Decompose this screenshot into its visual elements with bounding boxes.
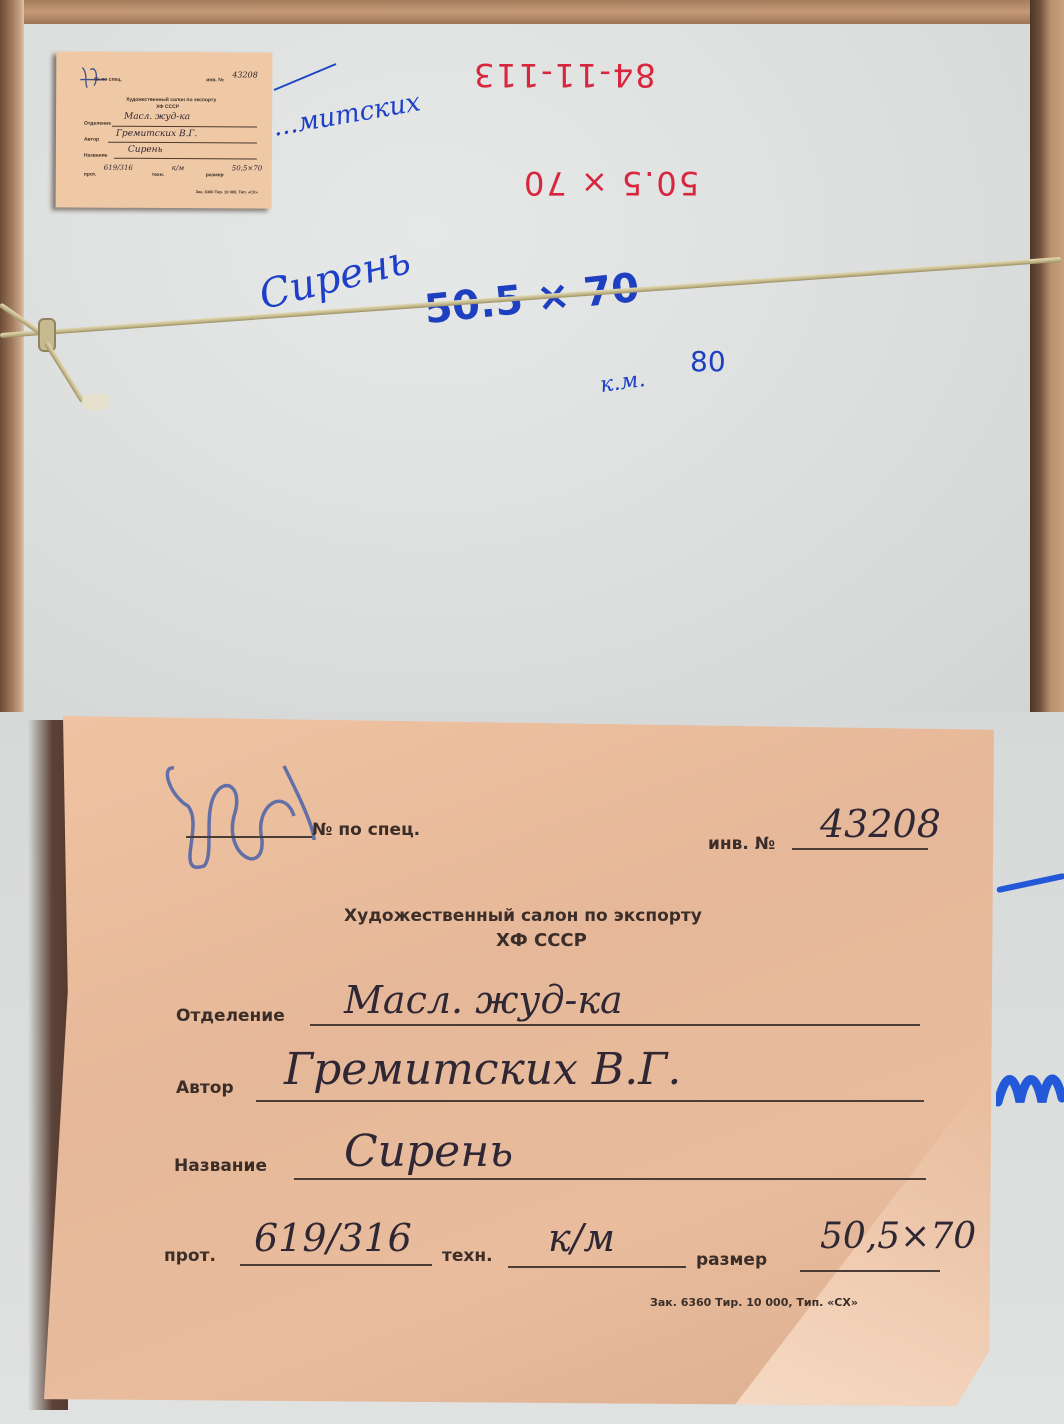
protocol-line bbox=[240, 1264, 432, 1266]
signature-scribble-icon bbox=[154, 756, 324, 906]
spec-number-line bbox=[186, 836, 312, 838]
thumb-spec-label: № по спец. bbox=[94, 77, 122, 83]
stretcher-bar-left bbox=[0, 0, 24, 712]
inventory-number-value: 43208 bbox=[820, 802, 941, 846]
red-size-note: 50.5 × 70 bbox=[522, 164, 699, 202]
protocol-value: 619/316 bbox=[254, 1216, 412, 1260]
ink-stroke-icon bbox=[270, 60, 340, 95]
printer-footer: Зак. 6360 Тир. 10 000, Тип. «СХ» bbox=[650, 1296, 858, 1309]
thumb-inv-value: 43208 bbox=[232, 70, 257, 79]
protocol-label: прот. bbox=[164, 1246, 216, 1266]
label-header-line2: ХФ СССР bbox=[496, 930, 587, 951]
spec-number-label: № по спец. bbox=[312, 820, 420, 840]
author-value: Гремитских В.Г. bbox=[284, 1044, 681, 1095]
department-value: Масл. жуд-ка bbox=[344, 978, 623, 1022]
thumb-technique-label: техн. bbox=[152, 172, 164, 178]
thumb-header-1: Художественный салон по экспорту bbox=[126, 97, 216, 103]
label-closeup-photo: № по спец. инв. № 43208 Художественный с… bbox=[0, 712, 1064, 1424]
thumb-field-label-0: Отделение bbox=[84, 121, 111, 127]
thumb-technique-value: к/м bbox=[172, 164, 184, 172]
technique-line bbox=[508, 1266, 686, 1268]
author-label: Автор bbox=[176, 1078, 234, 1098]
title-label: Название bbox=[174, 1156, 267, 1176]
department-label: Отделение bbox=[176, 1006, 285, 1026]
thumb-protocol-value: 619/316 bbox=[104, 164, 133, 172]
red-inventory-code: 84-11-113 bbox=[472, 56, 656, 94]
thumb-field-label-2: Название bbox=[84, 153, 108, 159]
blue-ink-letter-edge-icon bbox=[996, 1062, 1064, 1122]
size-line bbox=[800, 1270, 940, 1272]
size-label: размер bbox=[696, 1250, 767, 1270]
inventory-number-line bbox=[792, 848, 928, 850]
cord-frayed-end bbox=[82, 394, 110, 410]
thumb-header-2: ХФ СССР bbox=[156, 104, 179, 110]
stretcher-bar-right bbox=[1030, 0, 1064, 712]
title-value: Сирень bbox=[344, 1126, 513, 1177]
department-line bbox=[310, 1024, 920, 1026]
technique-value: к/м bbox=[548, 1216, 615, 1260]
thumb-field-value-1: Гремитских В.Г. bbox=[116, 129, 197, 139]
thumb-field-value-2: Сирень bbox=[128, 145, 163, 155]
price-handwritten: 80 bbox=[690, 345, 726, 378]
export-label-thumbnail: № по спец. инв. № 43208 Художественный с… bbox=[56, 51, 273, 208]
thumb-size-label: размер bbox=[206, 172, 224, 178]
size-value: 50,5×70 bbox=[820, 1216, 976, 1257]
export-label: № по спец. инв. № 43208 Художественный с… bbox=[44, 716, 994, 1406]
label-header-line1: Художественный салон по экспорту bbox=[344, 906, 702, 926]
inventory-number-label: инв. № bbox=[708, 834, 775, 854]
thumb-protocol-label: прот. bbox=[84, 172, 96, 178]
blue-ink-stroke-edge bbox=[996, 873, 1064, 893]
thumb-inv-label: инв. № bbox=[206, 77, 224, 83]
technique-label: техн. bbox=[442, 1246, 493, 1266]
stretcher-bar-top bbox=[0, 0, 1064, 24]
thumb-field-value-0: Масл. жуд-ка bbox=[124, 112, 190, 122]
title-line bbox=[294, 1178, 926, 1180]
thumb-field-label-1: Автор bbox=[84, 137, 99, 143]
thumb-footer: Зак. 6360 Тир. 10 000, Тип. «СХ» bbox=[196, 189, 258, 194]
author-line bbox=[256, 1100, 924, 1102]
thumb-size-value: 50,5×70 bbox=[232, 164, 262, 172]
painting-back-photo: № по спец. инв. № 43208 Художественный с… bbox=[0, 0, 1064, 712]
